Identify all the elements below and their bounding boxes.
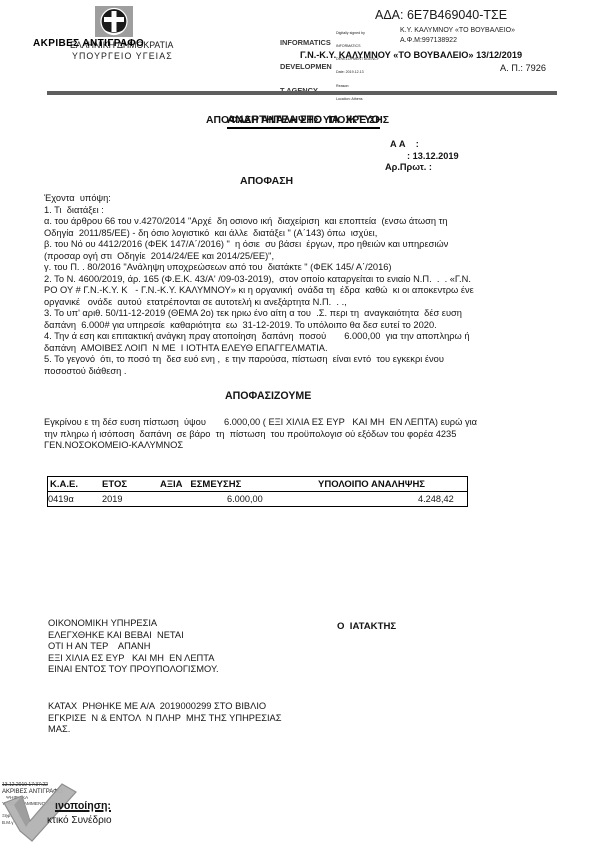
body-line: 2. Το Ν. 4600/2019, άρ. 165 (Φ.Ε.Κ. 43/Α… xyxy=(44,274,471,286)
body-line: οργανικέ ονάδε αυτού ετατρέπονται σε αυτ… xyxy=(44,297,347,309)
greek-coat-of-arms-logo xyxy=(95,6,133,42)
body-line: (προσαρ ογή στι Οδηγίε 2014/24/ΕΕ και 20… xyxy=(44,251,274,263)
body-line: ποσοστού διάθεση . xyxy=(44,366,126,378)
body-line: 5. Το γεγονό ότι, το ποσό τη δεσ ευό ενη… xyxy=(44,354,444,366)
finance-line: ΟΤΙ Η ΑΝ ΤΕΡ ΑΠΑΝΗ xyxy=(48,641,150,653)
finance-line: ΟΙΚΟΝΟΜΙΚΗ ΥΠΗΡΕΣΙΑ xyxy=(48,618,157,630)
signature-tiny-line: INFORMATICS xyxy=(336,44,379,48)
body-line: δαπάνη ΑΜΟΙΒΕΣ ΛΟΙΠ Ν ΜΕ Ι ΙΟΤΗΤΑ ΕΛΕΥΘ … xyxy=(44,343,328,355)
agency-line: DEVELOPMEN xyxy=(280,63,332,71)
registry-line: ΕΓΚΡΙΣΕ Ν & ΕΝΤΟΛ Ν ΠΛΗΡ ΜΗΣ ΤΗΣ ΥΠΗΡΕΣΙ… xyxy=(48,713,281,725)
signature-tiny-line: Location: Athens xyxy=(336,97,379,101)
table-header-year: ΕΤΟΣ xyxy=(102,479,127,490)
ministry-title: ΥΠΟΥΡΓΕΙΟ ΥΓΕΙΑΣ xyxy=(72,51,173,61)
approval-line: Εγκρίνου ε τη δέσ ευση πίστωση ύψου 6.00… xyxy=(44,417,477,429)
registry-line: ΚΑΤΑΧ ΡΗΘΗΚΕ ΜΕ Α/Α 2019000299 ΣΤΟ ΒΙΒΛΙ… xyxy=(48,701,266,713)
stamp-court-of-audit: κτικό Συνέδριο xyxy=(47,815,112,826)
signature-tiny-line: Reason: xyxy=(336,84,379,88)
protocol-field-label: Αρ.Πρωτ. : xyxy=(385,162,432,172)
hospital-name-date-line: Γ.Ν.-Κ.Υ. ΚΑΛΥΜΝΟΥ «ΤΟ ΒΟΥΒΑΛΕΙΟ» 13/12/… xyxy=(300,50,522,60)
body-line: δαπάνη 6.000# για υπηρεσίε καθαριότητα ε… xyxy=(44,320,437,332)
table-header-divider xyxy=(47,491,468,492)
table-header-value: ΑΞΙΑ ΕΣΜΕΥΣΗΣ xyxy=(160,479,241,490)
table-cell-balance: 4.248,42 xyxy=(418,494,454,504)
emblem-icon xyxy=(95,6,133,37)
finance-line: ΕΞΙ ΧΙΛΙΑ ΕΣ ΕΥΡ ΚΑΙ ΜΗ ΕΝ ΛΕΠΤΑ xyxy=(48,653,214,665)
signature-tiny-line: Date: 2019.12.13 xyxy=(336,70,379,74)
hospital-name-small: Κ.Υ. ΚΑΛΥΜΝΟΥ «ΤΟ ΒΟΥΒΑΛΕΙΟ» xyxy=(400,27,515,34)
informatics-agency-block: INFORMATICS DEVELOPMEN T AGENCY xyxy=(280,23,332,111)
digital-signature-tiny-text: Digitally signed by INFORMATICS DEVELOPM… xyxy=(336,22,379,110)
body-line: 3. Το υπ' αριθ. 50/11-12-2019 (ΘΕΜΑ 2ο) … xyxy=(44,308,462,320)
body-line: Έχοντα υπόψη: xyxy=(44,193,111,205)
ada-code: ΑΔΑ: 6Ε7Β469040-ΤΣΕ xyxy=(375,8,507,22)
document-page: ΕΛΛΗΝΙΚΗ ΔΗΜΟΚΡΑΤΙΑ ΑΚΡΙΒΕΣ ΑΝΤΙΓΡΑΦΟ ΥΠ… xyxy=(0,0,595,842)
signature-tiny-line: Digitally signed by xyxy=(336,31,379,35)
table-header-balance: ΥΠΟΛΟΙΠΟ ΑΝΑΛΗΨΗΣ xyxy=(318,479,425,490)
table-cell-kae: 0419α xyxy=(48,494,74,504)
we-decide-heading: ΑΠΟΦΑΣΙΖΟΥΜΕ xyxy=(225,390,311,402)
decision-heading: ΑΠΟΦΑΣΗ xyxy=(240,175,293,187)
approval-line: ΓΕΝ.ΝΟΣΟΚΟΜΕΙΟ-ΚΑΛΥΜΝΟΣ xyxy=(44,440,183,452)
protocol-number: Α. Π.: 7926 xyxy=(500,63,546,73)
body-line: Οδηγία 2011/85/ΕΕ) - δη όσιο λογιστικό κ… xyxy=(44,228,377,240)
afm-number: Α.Φ.Μ:997138922 xyxy=(400,37,457,44)
date-field-value: : 13.12.2019 xyxy=(407,151,459,161)
finance-line: ΕΛΕΓΧΘΗΚΕ ΚΑΙ ΒΕΒΑΙ ΝΕΤΑΙ xyxy=(48,630,184,642)
table-cell-year: 2019 xyxy=(102,494,122,504)
ada-field-label: Α Α : xyxy=(390,139,419,149)
certified-copy-stamp-top: ΑΚΡΙΒΕΣ ΑΝΤΙΓΡΑΦΟ xyxy=(33,38,144,49)
table-header-kae: Κ.Α.Ε. xyxy=(50,479,78,490)
body-line: β. του Νό ου 4412/2016 (ΦΕΚ 147/Α΄/2016)… xyxy=(44,239,448,251)
orderer-signature-label: Ο ΙΑΤΑΚΤΗΣ xyxy=(337,621,396,632)
table-cell-value: 6.000,00 xyxy=(227,494,263,504)
doc-type-title: ΑΠΟΦΑΣΗ ΑΝΑΛΗΨΗΣ ΥΠΟΧΡΕ ΣΗΣ xyxy=(0,115,595,126)
header-divider-rule xyxy=(47,91,557,95)
stamp-notify-label: ινοποίηση: xyxy=(55,800,111,812)
agency-line: INFORMATICS xyxy=(280,39,332,47)
body-line: ΡΟ ΟΥ # Γ.Ν.-Κ.Υ. Κ - Γ.Ν.-Κ.Υ. ΚΑΛΥΜΝΟΥ… xyxy=(44,285,474,297)
body-line: 1. Τι διατάξει : xyxy=(44,205,104,217)
registry-line: ΜΑΣ. xyxy=(48,724,70,736)
body-line: 4. Την ά εση και επιτακτική ανάγκη πραγ … xyxy=(44,331,470,343)
body-line: γ. του Π. . 80/2016 "Ανάληψη υποχρεώσεων… xyxy=(44,262,392,274)
finance-line: ΕΙΝΑΙ ΕΝΤΟΣ ΤΟΥ ΠΡΟΥΠΟΛΟΓΙΣΜΟΥ. xyxy=(48,664,219,676)
approval-line: την πληρω ή ισόποση δαπάνη σε βάρο τη πί… xyxy=(44,429,456,441)
body-line: α. του άρθρου 66 του ν.4270/2014 "Αρχέ δ… xyxy=(44,216,447,228)
